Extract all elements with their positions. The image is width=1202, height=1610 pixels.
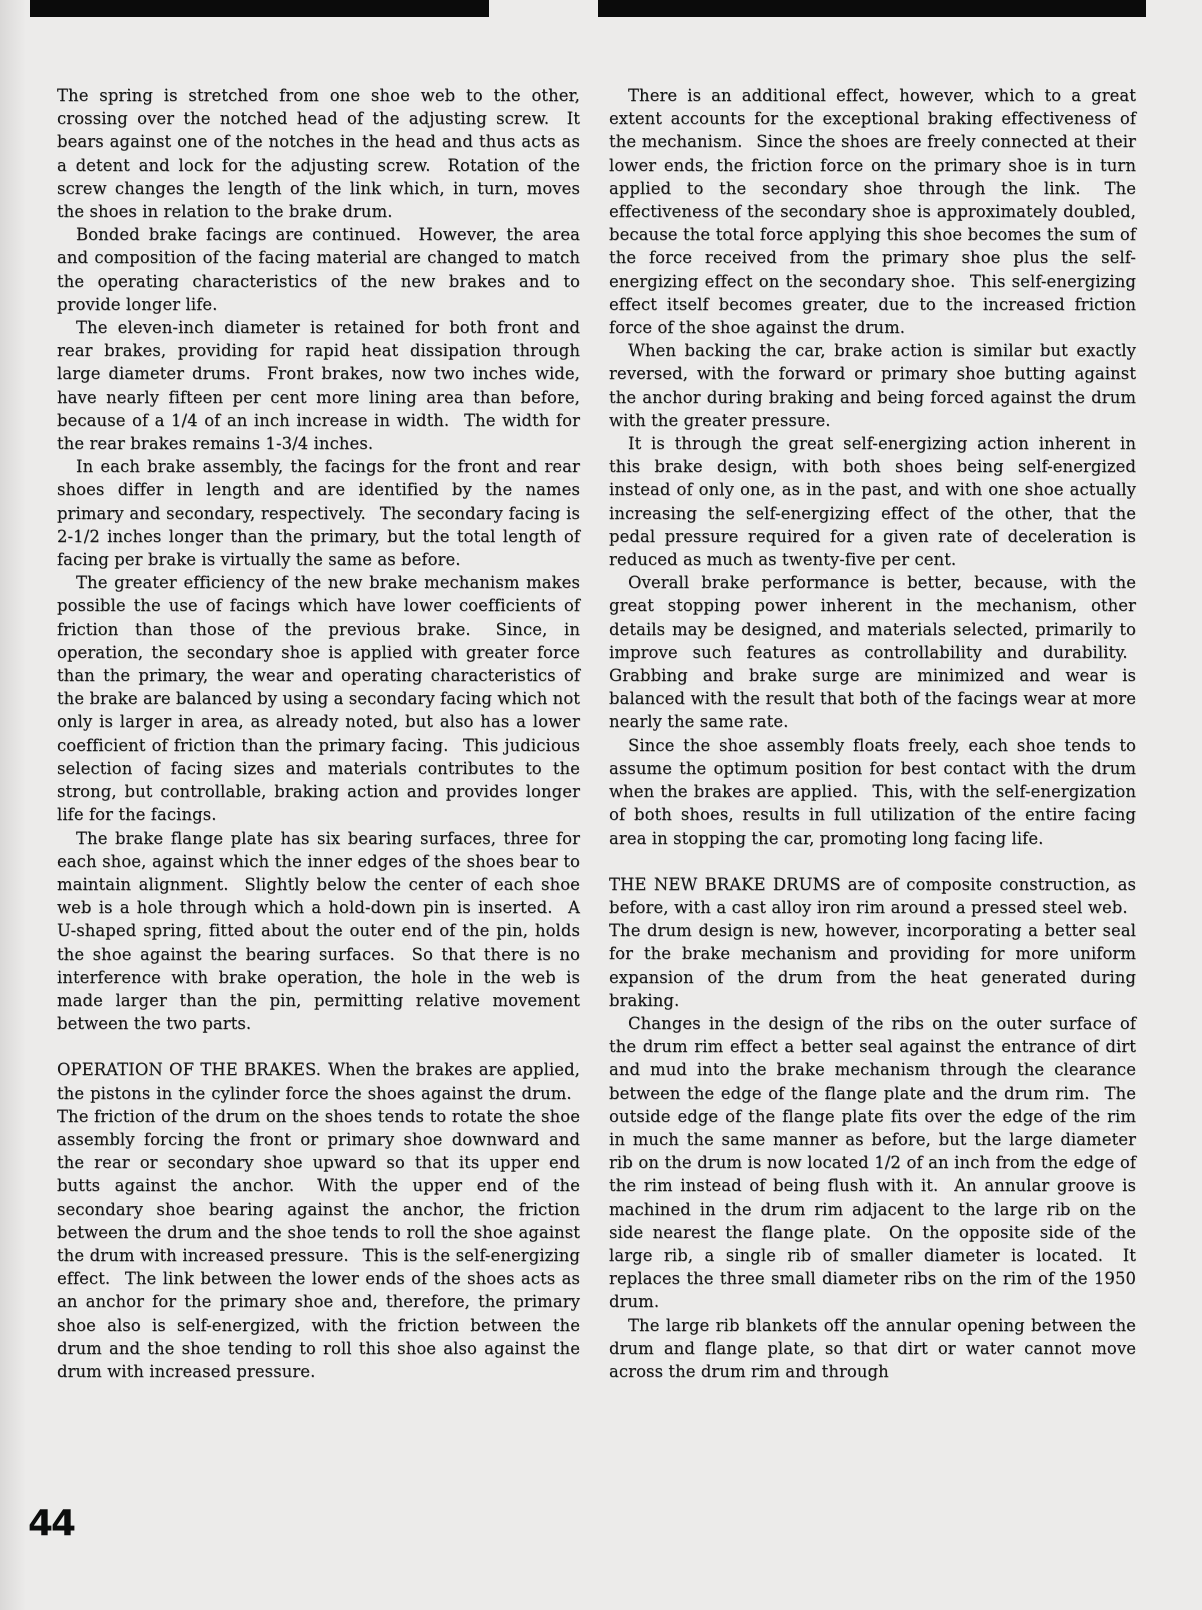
paragraph: Bonded brake facings are continued. Howe… — [57, 223, 580, 316]
text-columns: The spring is stretched from one shoe we… — [57, 84, 1137, 1383]
section-heading: OPERATION OF THE BRAKES. — [57, 1060, 321, 1079]
left-column: The spring is stretched from one shoe we… — [57, 84, 580, 1383]
page-number: 44 — [28, 1503, 74, 1544]
scan-artifact-bar-left — [30, 0, 489, 17]
paragraph: OPERATION OF THE BRAKES.When the brakes … — [57, 1058, 580, 1383]
paragraph: The brake flange plate has six bearing s… — [57, 827, 580, 1036]
scan-artifact-bar-right — [598, 0, 1146, 17]
paragraph: THE NEW BRAKE DRUMSare of composite cons… — [609, 873, 1136, 1012]
paragraph: The greater efficiency of the new brake … — [57, 571, 580, 826]
paragraph: Changes in the design of the ribs on the… — [609, 1012, 1136, 1314]
paragraph: The eleven-inch diameter is retained for… — [57, 316, 580, 455]
paragraph: There is an additional effect, however, … — [609, 84, 1136, 339]
scanned-manual-page: The spring is stretched from one shoe we… — [0, 0, 1202, 1610]
paragraph: The large rib blankets off the annular o… — [609, 1314, 1136, 1384]
paragraph: Since the shoe assembly floats freely, e… — [609, 734, 1136, 850]
section-heading: THE NEW BRAKE DRUMS — [609, 875, 841, 894]
paragraph: Overall brake performance is better, bec… — [609, 571, 1136, 733]
paragraph: The spring is stretched from one shoe we… — [57, 84, 580, 223]
right-column: There is an additional effect, however, … — [609, 84, 1136, 1383]
paragraph: When backing the car, brake action is si… — [609, 339, 1136, 432]
paragraph: It is through the great self-energizing … — [609, 432, 1136, 571]
paragraph: In each brake assembly, the facings for … — [57, 455, 580, 571]
